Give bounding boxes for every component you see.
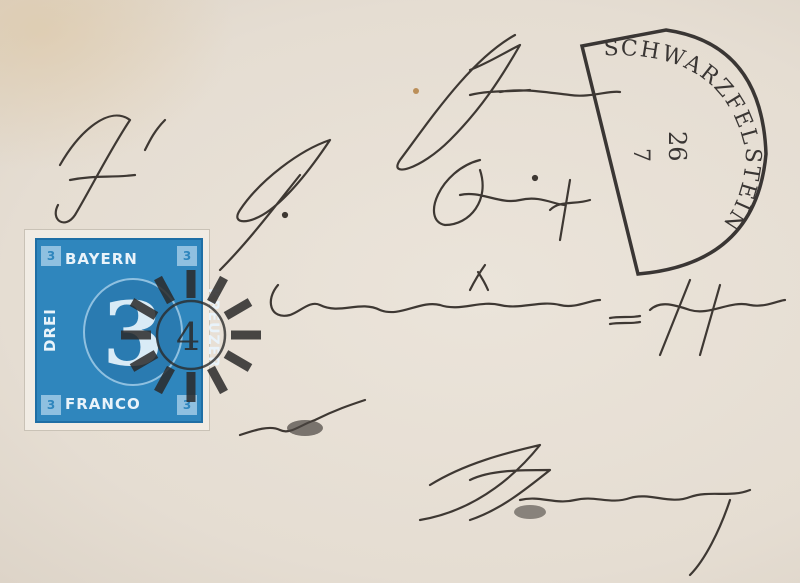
ink-blot <box>287 420 323 436</box>
foxing-spot <box>413 88 419 94</box>
handwritten-address <box>0 0 800 583</box>
ink-blot <box>514 505 546 519</box>
letter-cover: 3 3 3 3 BAYERN DREI KREUZER FRANCO 3 <box>0 0 800 583</box>
